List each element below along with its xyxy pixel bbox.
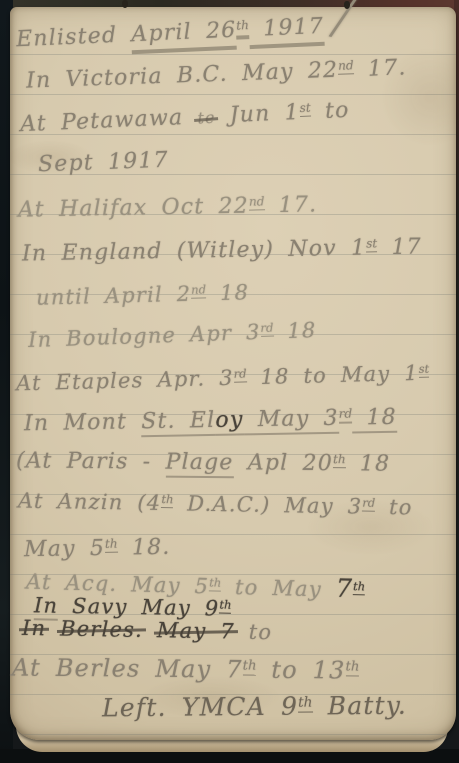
- handwriting-segment: Left. YMCA 9: [102, 692, 298, 723]
- handwriting-segment: nd: [338, 58, 354, 75]
- handwriting-segment: (At Paris -: [16, 448, 166, 474]
- handwriting-segment: 17.: [264, 192, 317, 218]
- handwriting-segment: 7: [335, 574, 353, 603]
- handwriting-segment: th: [219, 598, 231, 614]
- handwriting-segment: until April 2: [36, 282, 192, 310]
- notebook-page: Enlisted April 26th 1917╱ In Victoria B.…: [10, 7, 456, 740]
- handwriting-segment: to: [235, 620, 273, 645]
- handwriting-segment: May 9: [127, 595, 219, 621]
- handwriting-segment: th: [105, 536, 118, 552]
- handwriting-segment: In Mont: [24, 409, 142, 436]
- handwriting-segment: St. El: [141, 408, 216, 437]
- entry-sept-1917: Sept 1917: [38, 148, 170, 178]
- handwriting-segment: 18: [206, 280, 250, 305]
- handwriting-segment: to: [310, 98, 350, 125]
- handwriting-segment: nd: [191, 282, 206, 298]
- handwriting-segment: th: [298, 694, 313, 712]
- handwriting-segment: to: [375, 495, 413, 520]
- handwriting-segment: 18 to May 1: [246, 361, 419, 389]
- handwriting-segment: rd: [362, 496, 375, 512]
- binding-hole: [122, 0, 128, 8]
- handwriting-segment: Sept 1917: [38, 148, 170, 178]
- entry-left-ymca: Left. YMCA 9th Batty.: [102, 691, 407, 723]
- handwriting-segment: Batty.: [312, 691, 407, 721]
- handwriting-segment: At Anzin (4: [18, 489, 162, 515]
- handwriting-segment: Apl 20: [233, 450, 333, 476]
- handwriting-segment: nd: [249, 194, 265, 210]
- handwriting-segment: Berles.: [60, 616, 143, 641]
- entry-may-5-18: May 5th 18.: [24, 535, 171, 563]
- handwriting-segment: to May: [221, 575, 336, 602]
- handwriting-segment: to 13: [256, 656, 345, 685]
- handwriting-segment: rd: [339, 406, 353, 423]
- entry-berles: At Berles May 7th to 13th: [12, 653, 360, 684]
- handwriting-segment: May 5: [24, 536, 105, 562]
- handwriting-segment: Jun 1: [215, 100, 300, 129]
- handwriting-segment: th: [161, 492, 173, 508]
- entry-paris-plage: (At Paris - Plage Apl 20th 18: [16, 448, 390, 476]
- handwriting-segment: th: [243, 659, 257, 676]
- handwriting-segment: May 3: [243, 406, 339, 436]
- handwriting-segment: th: [353, 579, 365, 595]
- handwriting-segment: th: [346, 659, 360, 676]
- handwriting-segment: 1917: [249, 14, 325, 49]
- handwriting-segment: te: [197, 108, 216, 128]
- entry-halifax: At Halifax Oct 22nd 17.: [18, 192, 318, 222]
- handwriting-segment: 17: [377, 235, 422, 261]
- handwriting-segment: st: [366, 236, 377, 252]
- handwriting-segment: Enlisted: [16, 22, 132, 52]
- handwriting-segment: th: [236, 18, 250, 40]
- handwriting-segment: 18: [346, 451, 391, 476]
- handwriting-segment: th: [333, 452, 346, 468]
- handwriting-segment: st: [418, 362, 429, 378]
- handwriting-segment: oy: [215, 407, 244, 435]
- handwriting-segment: 17.: [353, 55, 407, 82]
- handwriting-segment: May 7: [157, 618, 235, 643]
- handwriting-segment: 18: [352, 405, 397, 434]
- handwriting-segment: Savy: [72, 594, 128, 619]
- handwriting-segment: At Halifax Oct 22: [18, 194, 249, 223]
- handwriting-segment: Plage: [165, 450, 233, 479]
- handwriting-segment: D.A.C.) May 3: [173, 491, 362, 518]
- handwriting-segment: 18.: [117, 535, 170, 561]
- notebook-photo: Enlisted April 26th 1917╱ In Victoria B.…: [0, 0, 459, 763]
- handwriting-segment: At Berles May 7: [12, 653, 243, 683]
- handwriting-segment: 18: [273, 318, 317, 343]
- handwriting-segment: [58, 594, 72, 618]
- handwriting-segment: rd: [233, 366, 246, 382]
- handwriting-segment: st: [299, 100, 311, 116]
- handwriting-segment: In: [22, 616, 47, 640]
- handwriting-segment: th: [209, 575, 221, 591]
- binding-hole: [344, 1, 350, 9]
- handwriting-segment: April 26: [131, 18, 237, 55]
- handwriting-segment: rd: [260, 321, 273, 337]
- entry-berles-struck: In Berles. May 7 to: [22, 616, 273, 644]
